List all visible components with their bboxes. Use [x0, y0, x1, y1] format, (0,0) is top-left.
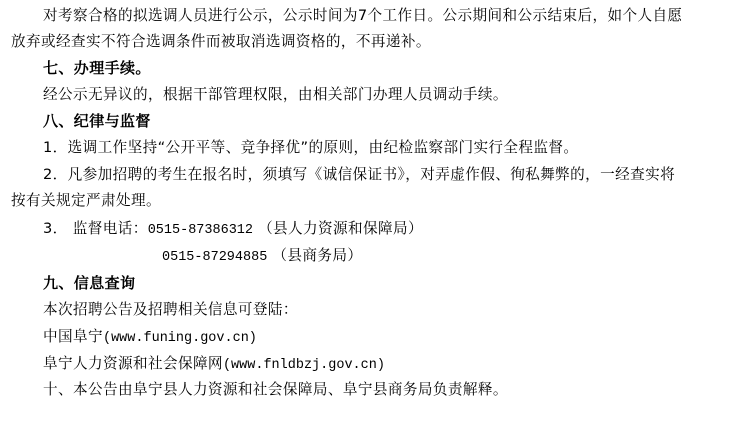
link-url-hr[interactable]: (www.fnldbzj.gov.cn): [223, 358, 385, 373]
section-heading-procedures: 七、办理手续。: [43, 59, 151, 77]
supervision-phone-row-2: 0515-87294885 （县商务局）: [162, 247, 362, 267]
info-link-row-2: 阜宁人力资源和社会保障网(www.fnldbzj.gov.cn): [43, 355, 385, 375]
paragraph-info: 本次招聘公告及招聘相关信息可登陆：: [43, 301, 298, 319]
supervision-org-2: （县商务局）: [272, 247, 362, 264]
supervision-org-1: （县人力资源和保障局）: [258, 220, 423, 237]
paragraph-interpretation: 十、本公告由阜宁县人力资源和社会保障局、阜宁县商务局负责解释。: [43, 381, 508, 399]
paragraph-discipline-2: 2．凡参加招聘的考生在报名时，须填写《诚信保证书》，对弄虚作假、徇私舞弊的，一经…: [43, 166, 675, 184]
paragraph-procedures: 经公示无异议的，根据干部管理权限，由相关部门办理人员调动手续。: [43, 86, 508, 104]
supervision-phone-label: 3． 监督电话：: [43, 220, 148, 237]
supervision-phone-1: 0515-87386312: [148, 223, 253, 238]
info-link-row-1: 中国阜宁(www.funing.gov.cn): [43, 328, 257, 348]
paragraph-publicity-cont: 放弃或经查实不符合选调条件而被取消选调资格的，不再递补。: [11, 33, 431, 51]
link-name-hr: 阜宁人力资源和社会保障网: [43, 355, 223, 372]
supervision-phone-2: 0515-87294885: [162, 250, 267, 265]
section-heading-info: 九、信息查询: [43, 274, 135, 292]
link-name-funing: 中国阜宁: [43, 328, 103, 345]
link-url-funing[interactable]: (www.funing.gov.cn): [103, 331, 257, 346]
paragraph-discipline-2-cont: 按有关规定严肃处理。: [11, 192, 161, 210]
section-heading-discipline: 八、纪律与监督: [43, 112, 151, 130]
supervision-phone-row-1: 3． 监督电话：0515-87386312 （县人力资源和保障局）: [43, 220, 423, 240]
paragraph-discipline-1: 1．选调工作坚持“公开平等、竞争择优”的原则，由纪检监察部门实行全程监督。: [43, 139, 578, 157]
paragraph-publicity: 对考察合格的拟选调人员进行公示，公示时间为7个工作日。公示期间和公示结束后，如个…: [43, 7, 682, 25]
